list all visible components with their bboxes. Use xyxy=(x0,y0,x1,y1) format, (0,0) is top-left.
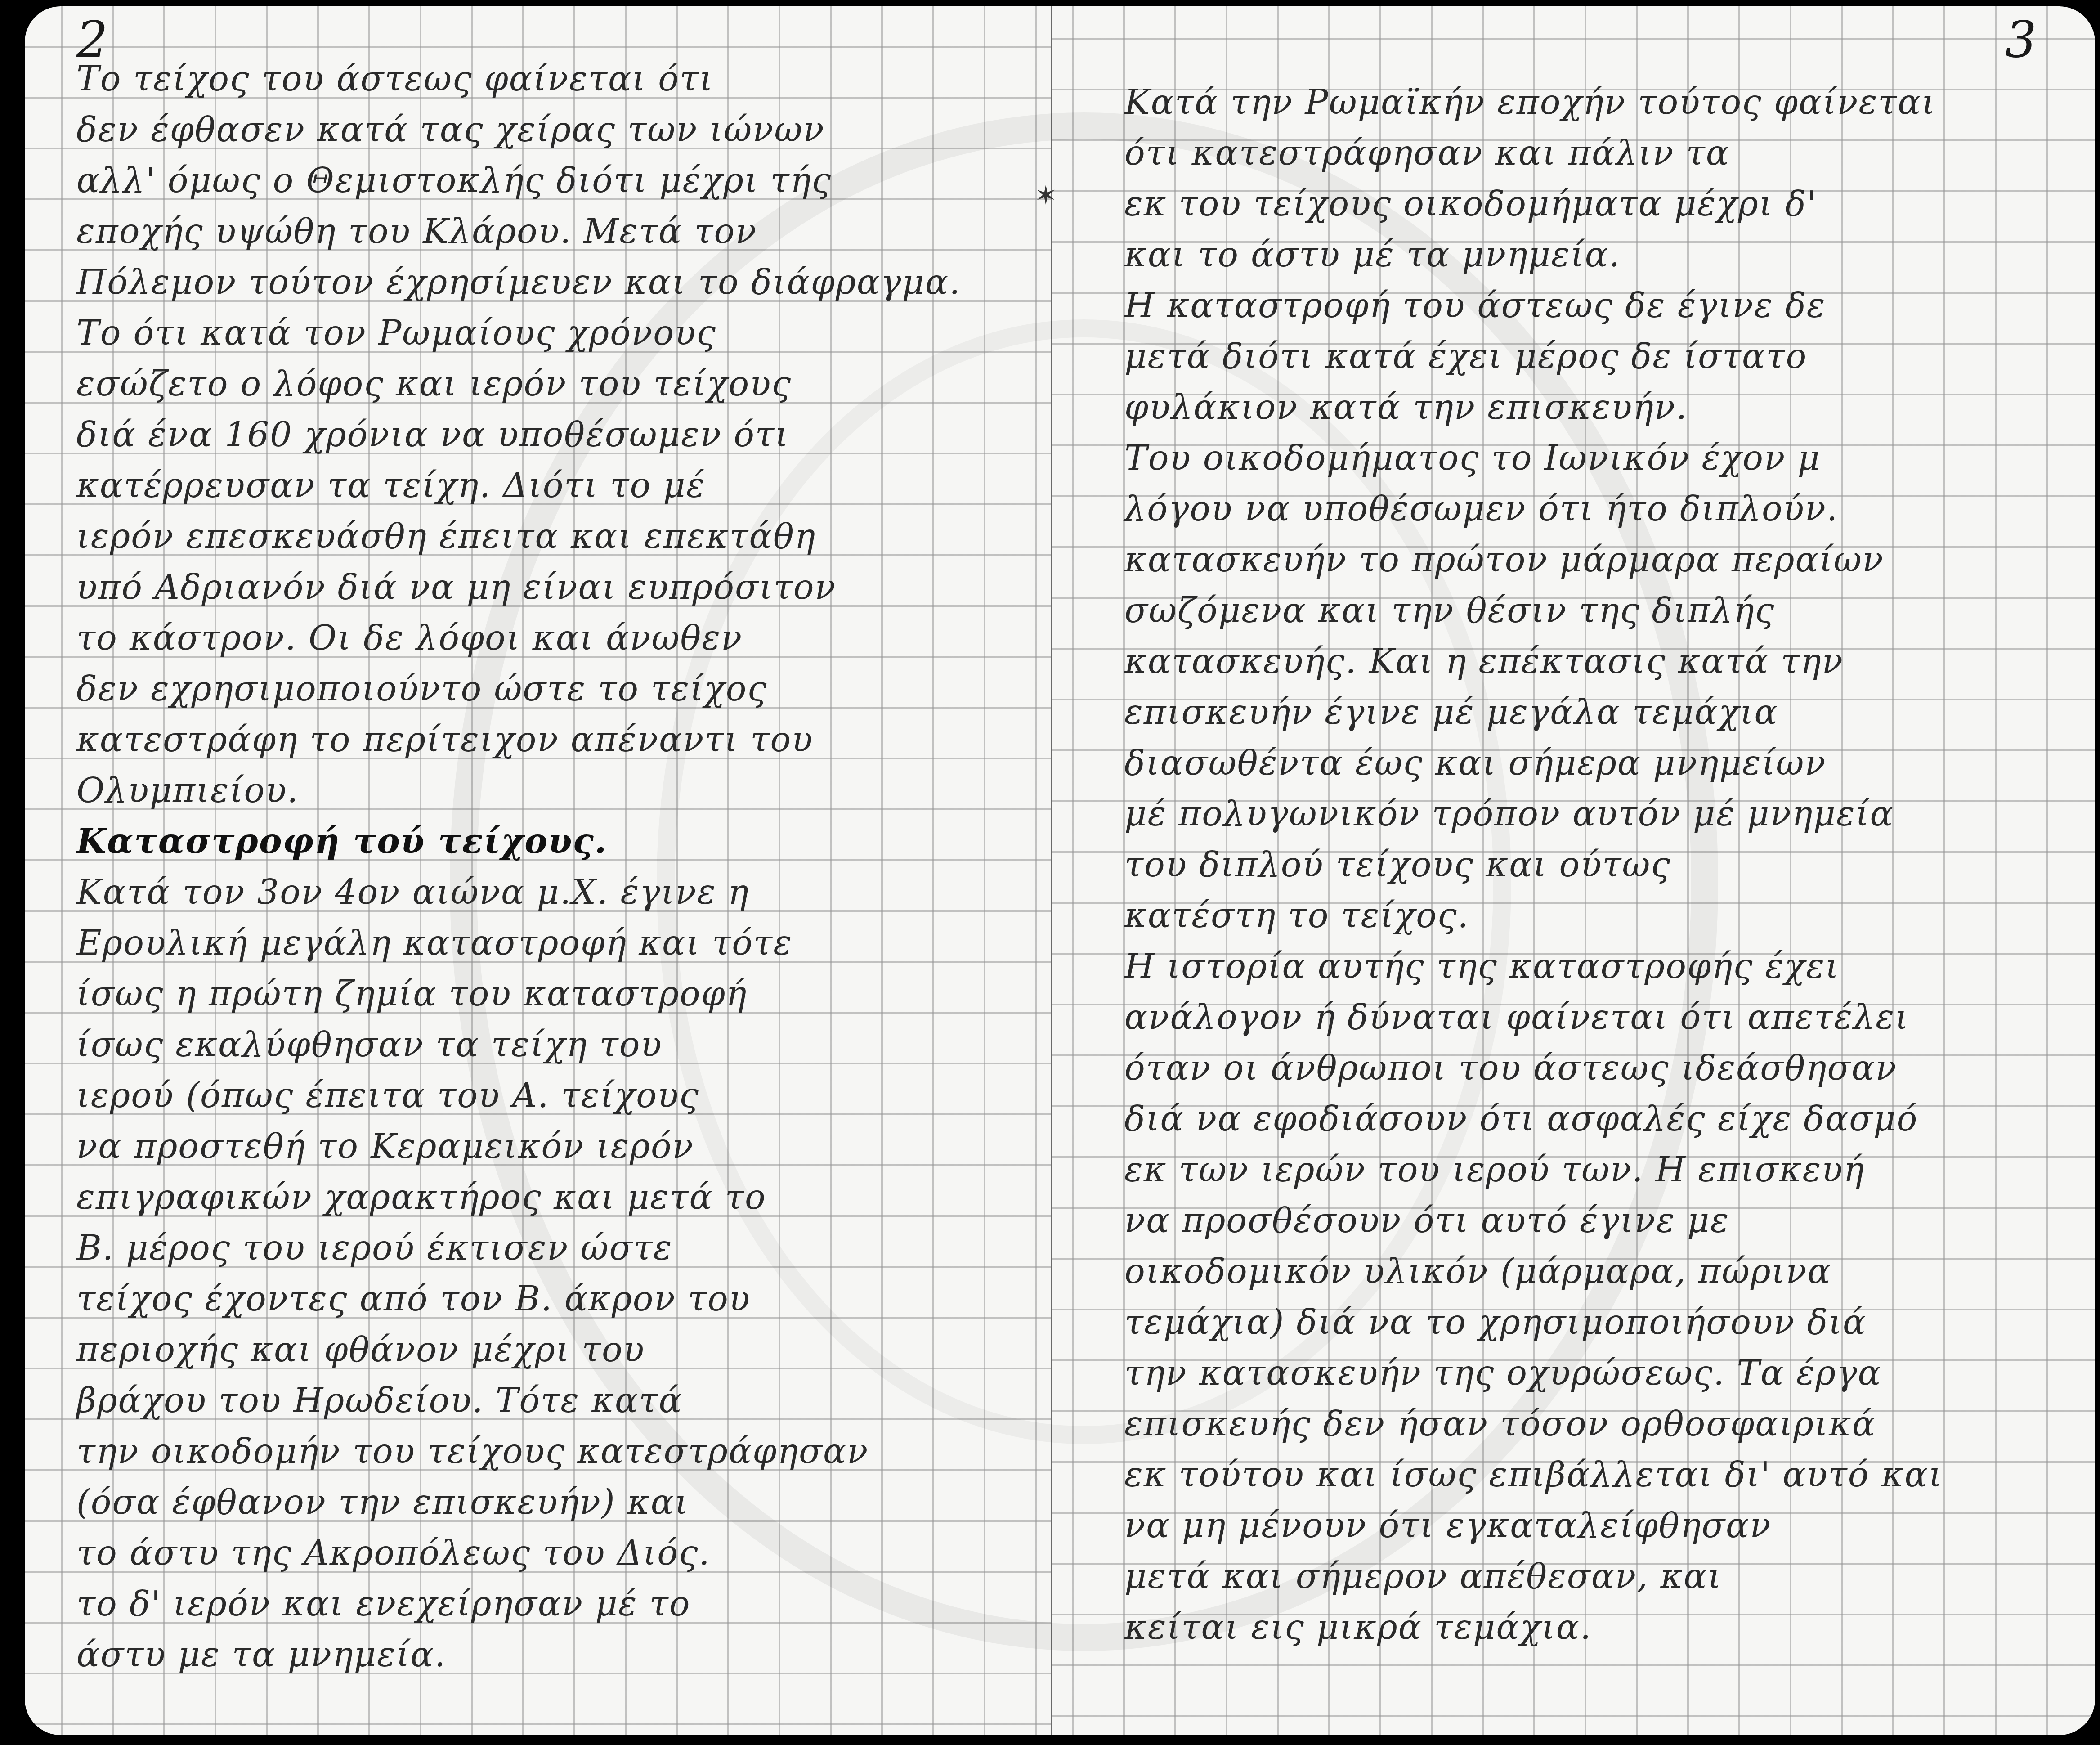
handwritten-line: το άστυ της Ακροπόλεως του Διός. xyxy=(76,1527,999,1578)
handwritten-line: ανάλογον ή δύναται φαίνεται ότι απετέλει xyxy=(1124,991,2060,1042)
handwritten-line: αλλ' όμως ο Θεμιστοκλής διότι μέχρι τής xyxy=(76,155,999,206)
handwritten-line: περιοχής και φθάνον μέχρι του xyxy=(76,1324,999,1375)
handwritten-line: δεν έφθασεν κατά τας χείρας των ιώνων xyxy=(76,104,999,155)
handwritten-line: Κατά την Ρωμαϊκήν εποχήν τούτος φαίνεται xyxy=(1124,76,2060,127)
handwritten-line: και το άστυ μέ τα μνημεία. xyxy=(1124,229,2060,280)
handwritten-line: τείχος έχοντες από τον Β. άκρον του xyxy=(76,1273,999,1324)
handwritten-line: κατασκευής. Και η επέκτασις κατά την xyxy=(1124,636,2060,686)
handwritten-line: ιερού (όπως έπειτα του Α. τείχους xyxy=(76,1070,999,1121)
handwritten-line: μετά και σήμερον απέθεσαν, και xyxy=(1124,1551,2060,1601)
handwritten-line: Η ιστορία αυτής της καταστροφής έχει xyxy=(1124,941,2060,991)
handwritten-line: δεν εχρησιμοποιούντο ώστε το τείχος xyxy=(76,663,999,714)
handwritten-line: (όσα έφθανον την επισκευήν) και xyxy=(76,1476,999,1527)
handwritten-line: όταν οι άνθρωποι του άστεως ιδεάσθησαν xyxy=(1124,1042,2060,1093)
handwritten-line: να προσθέσουν ότι αυτό έγινε με xyxy=(1124,1195,2060,1246)
handwritten-line: ίσως η πρώτη ζημία του καταστροφή xyxy=(76,968,999,1019)
handwritten-line: διά ένα 160 χρόνια να υποθέσωμεν ότι xyxy=(76,409,999,460)
handwritten-line: εκ των ιερών του ιερού των. Η επισκευή xyxy=(1124,1144,2060,1195)
handwritten-line: μέ πολυγωνικόν τρόπον αυτόν μέ μνημεία xyxy=(1124,788,2060,839)
handwritten-line: τεμάχια) διά να το χρησιμοποιήσουν διά xyxy=(1124,1296,2060,1347)
handwritten-line: του διπλού τείχους και ούτως xyxy=(1124,839,2060,890)
handwritten-line: κατέρρευσαν τα τείχη. Διότι το μέ xyxy=(76,460,999,511)
handwritten-line: εσώζετο ο λόφος και ιερόν του τείχους xyxy=(76,358,999,409)
left-page-text: Το τείχος του άστεως φαίνεται ότιδεν έφθ… xyxy=(76,53,999,1680)
handwritten-line: Του οικοδομήματος το Ιωνικόν έχον μ xyxy=(1124,432,2060,483)
handwritten-line: εκ του τείχους οικοδομήματα μέχρι δ' xyxy=(1124,178,2060,229)
handwritten-line: Το ότι κατά τον Ρωμαίους χρόνους xyxy=(76,307,999,358)
handwritten-line: Κατά τον 3ον 4ον αιώνα μ.Χ. έγινε η xyxy=(76,866,999,917)
handwritten-line: Το τείχος του άστεως φαίνεται ότι xyxy=(76,53,999,104)
handwritten-line: κατέστη το τείχος. xyxy=(1124,890,2060,941)
handwritten-line: άστυ με τα μνημεία. xyxy=(76,1629,999,1680)
handwritten-line: κατεστράφη το περίτειχον απέναντι του xyxy=(76,714,999,765)
handwritten-line: οικοδομικόν υλικόν (μάρμαρα, πώρινα xyxy=(1124,1246,2060,1296)
page-number-right: 3 xyxy=(2005,11,2037,68)
handwritten-line: επιγραφικών χαρακτήρος και μετά το xyxy=(76,1171,999,1222)
handwritten-line: Η καταστροφή του άστεως δε έγινε δε xyxy=(1124,280,2060,331)
binding-stitch-mark: ✶ xyxy=(1034,180,1057,211)
handwritten-line: το κάστρον. Οι δε λόφοι και άνωθεν xyxy=(76,612,999,663)
section-heading: Καταστροφή τού τείχους. xyxy=(76,816,999,866)
handwritten-line: Ερουλική μεγάλη καταστροφή και τότε xyxy=(76,917,999,968)
handwritten-line: κείται εις μικρά τεμάχια. xyxy=(1124,1601,2060,1652)
handwritten-line: βράχου του Ηρωδείου. Τότε κατά xyxy=(76,1375,999,1426)
handwritten-line: κατασκευήν το πρώτον μάρμαρα περαίων xyxy=(1124,534,2060,585)
handwritten-line: σωζόμενα και την θέσιν της διπλής xyxy=(1124,585,2060,636)
handwritten-line: διασωθέντα έως και σήμερα μνημείων xyxy=(1124,737,2060,788)
handwritten-line: ότι κατεστράφησαν και πάλιν τα xyxy=(1124,127,2060,178)
handwritten-line: ιερόν επεσκευάσθη έπειτα και επεκτάθη xyxy=(76,511,999,561)
handwritten-line: να προστεθή το Κεραμεικόν ιερόν xyxy=(76,1121,999,1171)
handwritten-line: μετά διότι κατά έχει μέρος δε ίστατο xyxy=(1124,331,2060,381)
handwritten-line: διά να εφοδιάσουν ότι ασφαλές είχε δασμό xyxy=(1124,1093,2060,1144)
handwritten-line: την κατασκευήν της οχυρώσεως. Τα έργα xyxy=(1124,1347,2060,1398)
right-page-text: Κατά την Ρωμαϊκήν εποχήν τούτος φαίνεται… xyxy=(1124,76,2060,1652)
handwritten-line: Β. μέρος του ιερού έκτισεν ώστε xyxy=(76,1222,999,1273)
handwritten-line: υπό Αδριανόν διά να μη είναι ευπρόσιτον xyxy=(76,561,999,612)
handwritten-line: Πόλεμον τούτον έχρησίμευεν και το διάφρα… xyxy=(76,256,999,307)
handwritten-line: επισκευής δεν ήσαν τόσον ορθοσφαιρικά xyxy=(1124,1398,2060,1449)
handwritten-line: να μη μένουν ότι εγκαταλείφθησαν xyxy=(1124,1500,2060,1551)
handwritten-line: το δ' ιερόν και ενεχείρησαν μέ το xyxy=(76,1578,999,1629)
handwritten-line: επισκευήν έγινε μέ μεγάλα τεμάχια xyxy=(1124,686,2060,737)
handwritten-line: Ολυμπιείου. xyxy=(76,765,999,816)
handwritten-line: εποχής υψώθη του Κλάρου. Μετά τον xyxy=(76,206,999,256)
handwritten-line: λόγου να υποθέσωμεν ότι ήτο διπλούν. xyxy=(1124,483,2060,534)
handwritten-line: εκ τούτου και ίσως επιβάλλεται δι' αυτό … xyxy=(1124,1449,2060,1500)
handwritten-line: ίσως εκαλύφθησαν τα τείχη του xyxy=(76,1019,999,1070)
notebook-spine xyxy=(1051,6,1052,1735)
handwritten-line: φυλάκιον κατά την επισκευήν. xyxy=(1124,381,2060,432)
handwritten-line: την οικοδομήν του τείχους κατεστράφησαν xyxy=(76,1426,999,1476)
